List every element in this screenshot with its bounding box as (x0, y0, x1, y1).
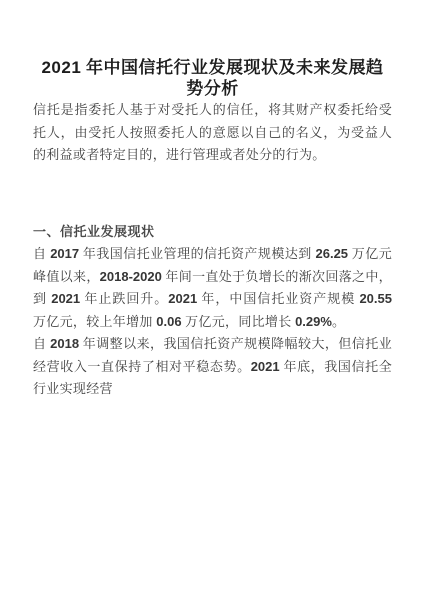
document-title: 2021 年中国信托行业发展现状及未来发展趋势分析 (35, 57, 390, 99)
intro-paragraph: 信托是指委托人基于对受托人的信任，将其财产权委托给受托人，由受托人按照委托人的意… (33, 99, 392, 167)
body-paragraph-trust-scale: 自 2017 年我国信托业管理的信托资产规模达到 26.25 万亿元峰值以来，2… (33, 243, 392, 333)
document-page: 2021 年中国信托行业发展现状及未来发展趋势分析 信托是指委托人基于对受托人的… (0, 0, 424, 600)
body-paragraph-operating-income: 自 2018 年调整以来，我国信托资产规模降幅较大，但信托业经营收入一直保持了相… (33, 333, 392, 401)
section-heading: 一、信托业发展现状 (33, 221, 392, 244)
